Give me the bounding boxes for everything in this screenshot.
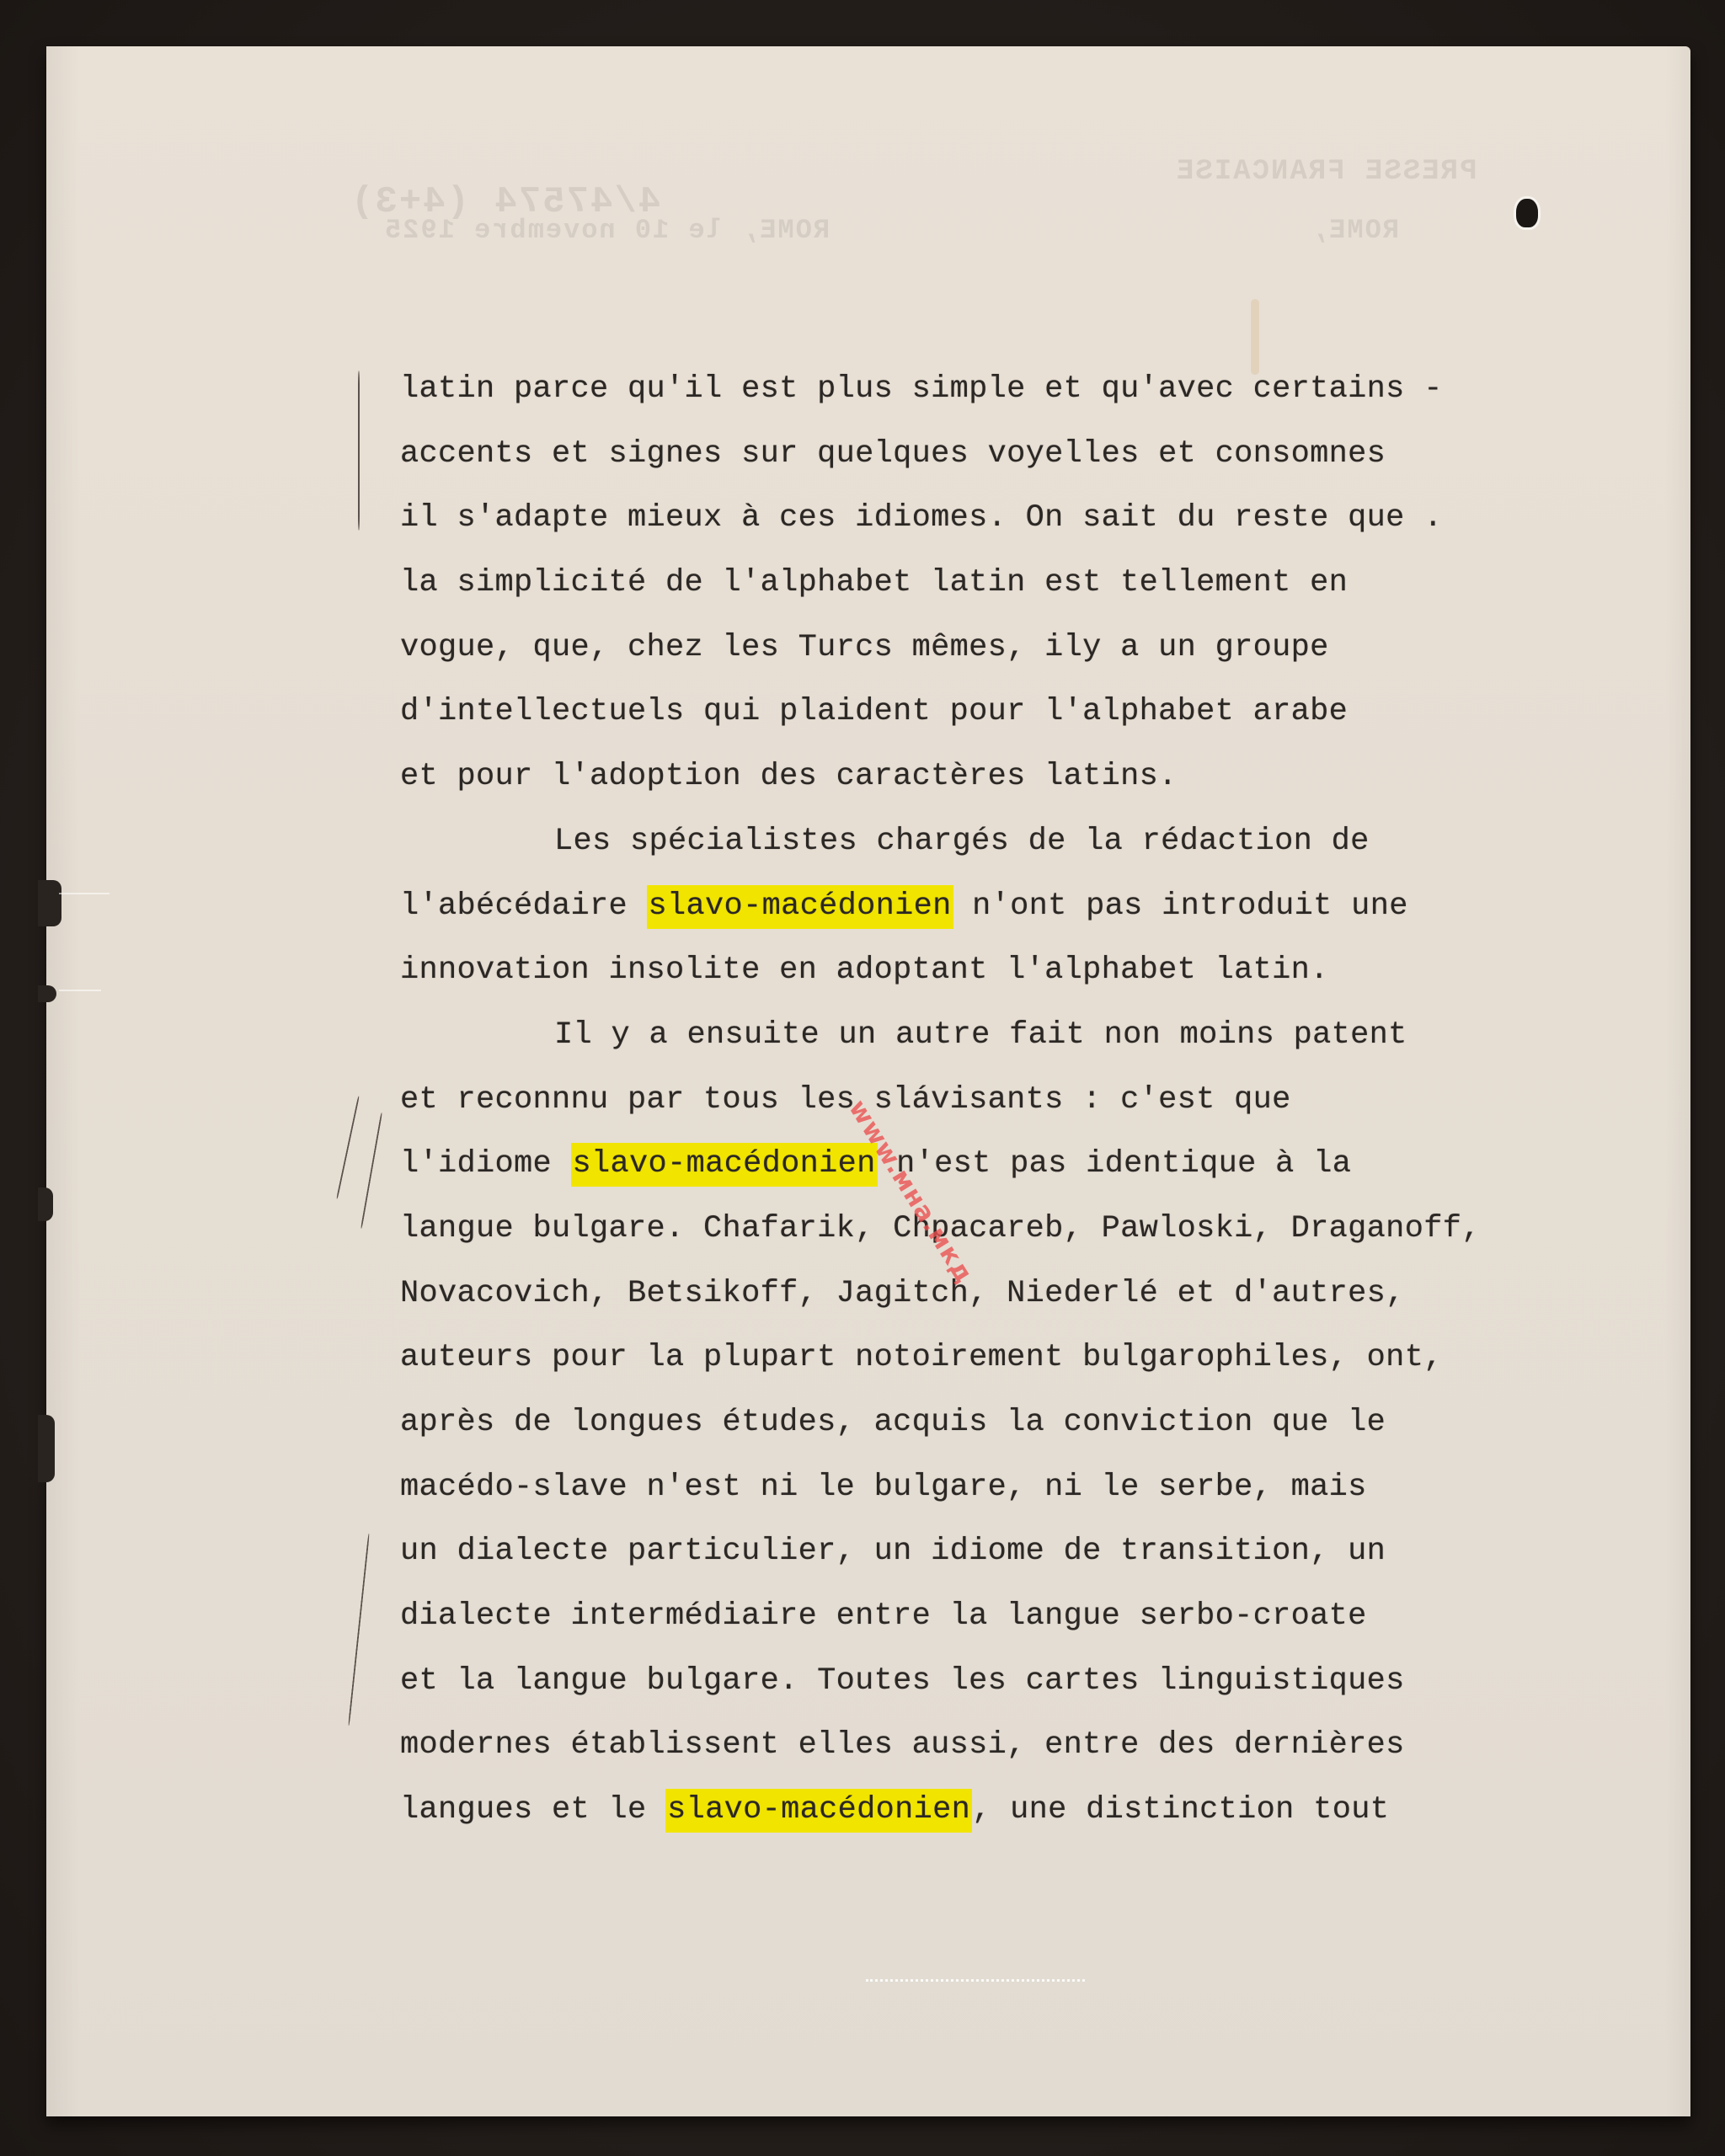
- text-line: langue bulgare. Chafarik, Chpacareb, Paw…: [400, 1197, 1596, 1262]
- text-line: dialecte intermédiaire entre la langue s…: [400, 1584, 1596, 1649]
- text-line: l'idiome slavo-macédonien n'est pas iden…: [400, 1132, 1596, 1197]
- text-line: Les spécialistes chargés de la rédaction…: [400, 809, 1596, 874]
- highlighted-term: slavo-macédonien: [647, 885, 953, 929]
- text-line: il s'adapte mieux à ces idiomes. On sait…: [400, 486, 1596, 551]
- text-line: un dialecte particulier, un idiome de tr…: [400, 1519, 1596, 1584]
- torn-edge: [38, 880, 61, 926]
- text-line: langues et le slavo-macédonien, une dist…: [400, 1778, 1596, 1843]
- text-line: macédo-slave n'est ni le bulgare, ni le …: [400, 1455, 1596, 1520]
- highlighted-term: slavo-macédonien: [665, 1789, 972, 1833]
- typed-body-text: latin parce qu'il est plus simple et qu'…: [400, 357, 1596, 1843]
- bleed-through-text: ROME, le 10 novembre 1925: [383, 215, 830, 246]
- text-line: d'intellectuels qui plaident pour l'alph…: [400, 680, 1596, 744]
- text-line: après de longues études, acquis la convi…: [400, 1390, 1596, 1455]
- text-line: l'abécédaire slavo-macédonien n'ont pas …: [400, 874, 1596, 939]
- torn-edge: [38, 985, 56, 1002]
- text-line: auteurs pour la plupart notoirement bulg…: [400, 1326, 1596, 1390]
- perforation-dots: [866, 1979, 1085, 1982]
- text-line: latin parce qu'il est plus simple et qu'…: [400, 357, 1596, 422]
- text-line: vogue, que, chez les Turcs mêmes, ily a …: [400, 616, 1596, 680]
- bleed-through-text: ROME,: [1310, 215, 1399, 246]
- text-line: accents et signes sur quelques voyelles …: [400, 422, 1596, 487]
- margin-bracket: [358, 371, 360, 531]
- text-line: et pour l'adoption des caractères latins…: [400, 744, 1596, 809]
- paper-crease: [59, 893, 109, 894]
- highlighted-term: slavo-macédonien: [571, 1143, 878, 1187]
- text-line: et reconnnu par tous les slávisants : c'…: [400, 1068, 1596, 1133]
- paper-crease: [59, 990, 101, 991]
- punch-hole: [1516, 199, 1538, 227]
- text-line: Il y a ensuite un autre fait non moins p…: [400, 1003, 1596, 1068]
- text-line: innovation insolite en adoptant l'alphab…: [400, 938, 1596, 1003]
- text-line: Novacovich, Betsikoff, Jagitch, Niederlé…: [400, 1262, 1596, 1326]
- text-line: la simplicité de l'alphabet latin est te…: [400, 551, 1596, 616]
- bleed-through-text: PRESSE FRANCAISE: [1175, 156, 1477, 188]
- torn-edge: [38, 1415, 55, 1482]
- text-line: modernes établissent elles aussi, entre …: [400, 1713, 1596, 1778]
- text-line: et la langue bulgare. Toutes les cartes …: [400, 1649, 1596, 1714]
- torn-edge: [38, 1187, 53, 1221]
